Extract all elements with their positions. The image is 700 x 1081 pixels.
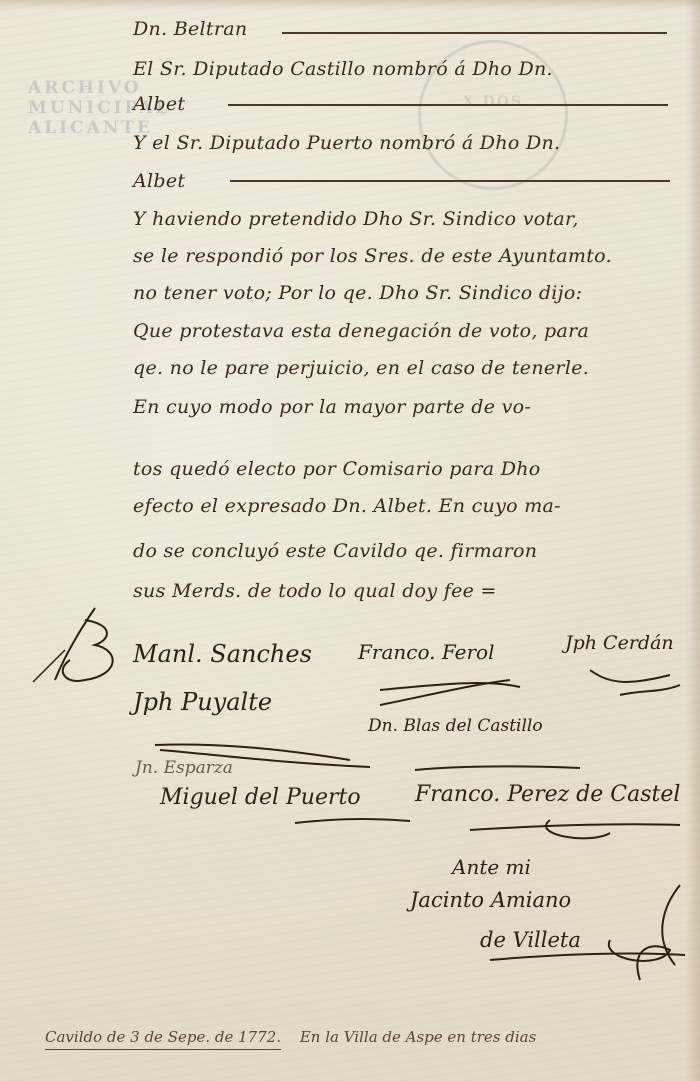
signature-flourish-icon — [290, 805, 690, 850]
signature-puyalte: Jph Puyalte — [133, 688, 272, 716]
text-line-10: qe. no le pare perjuicio, en el caso de … — [133, 357, 675, 379]
fill-rule-3 — [228, 104, 668, 106]
signature-sanches: Manl. Sanches — [133, 640, 312, 668]
fill-rule-5 — [230, 180, 670, 182]
text-line-15: sus Merds. de todo lo qual doy fee = — [133, 580, 675, 602]
rubric-flourish-icon — [25, 600, 125, 695]
signature-perez-castel: Franco. Perez de Castel — [415, 782, 680, 807]
text-line-12: tos quedó electo por Comisario para Dho — [133, 458, 675, 480]
notary-rubric-icon — [480, 880, 690, 1000]
text-line-7: se le respondió por los Sres. de este Ay… — [133, 245, 675, 267]
margin-note: Cavildo de 3 de Sepe. de 1772. — [45, 1028, 281, 1050]
text-line-13: efecto el expresado Dn. Albet. En cuyo m… — [133, 495, 675, 517]
notary-prefix: Ante mi — [452, 855, 531, 879]
manuscript-page: ARCHIVO MUNICIPAL ALICANTE X DOS Dn. Bel… — [0, 0, 700, 1081]
text-line-14: do se concluyó este Cavildo qe. firmaron — [133, 540, 675, 562]
signature-flourish-icon — [410, 750, 590, 780]
text-line-2: El Sr. Diputado Castillo nombró á Dho Dn… — [133, 58, 675, 80]
text-line-6: Y haviendo pretendido Dho Sr. Sindico vo… — [133, 208, 675, 230]
signature-cerdan: Jph Cerdán — [565, 632, 674, 654]
next-paragraph-start: En la Villa de Aspe en tres dias — [300, 1028, 536, 1046]
text-line-8: no tener voto; Por lo qe. Dho Sr. Sindic… — [133, 282, 675, 304]
fill-rule-1 — [282, 32, 667, 34]
paper-edge-top — [0, 0, 700, 10]
footer-line: Cavildo de 3 de Sepe. de 1772. En la Vil… — [45, 1028, 536, 1046]
signature-castillo: Dn. Blas del Castillo — [368, 716, 543, 736]
signature-ferol: Franco. Ferol — [358, 640, 494, 664]
text-line-1: Dn. Beltran — [133, 18, 675, 40]
text-line-4: Y el Sr. Diputado Puerto nombró á Dho Dn… — [133, 132, 675, 154]
text-line-9: Que protestava esta denegación de voto, … — [133, 320, 675, 342]
text-line-11: En cuyo modo por la mayor parte de vo- — [133, 396, 675, 418]
signature-esparza: Jn. Esparza — [135, 758, 233, 778]
